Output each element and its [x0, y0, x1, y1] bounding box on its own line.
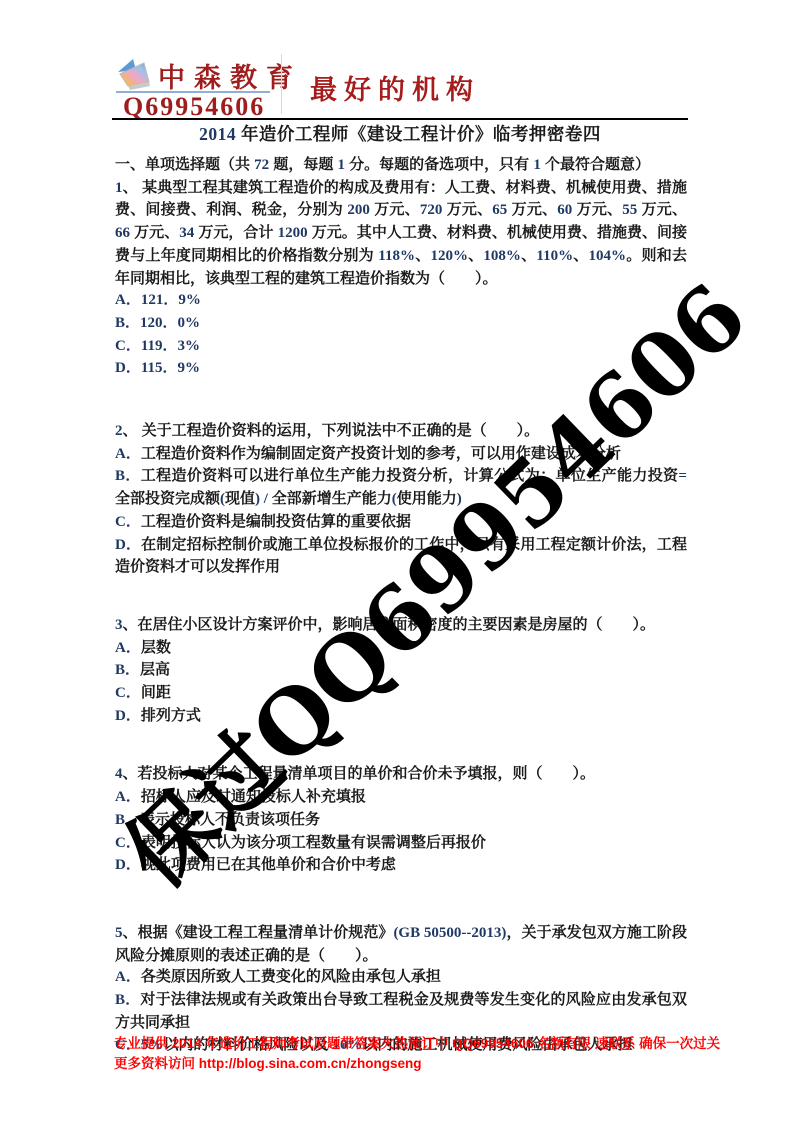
text-run: D．: [115, 857, 141, 873]
text-run: 万元、: [507, 201, 557, 218]
document-title: 2014 年造价工程师《建设工程计价》临考押密卷四: [0, 121, 800, 146]
text-run: 4: [115, 766, 123, 782]
text-run: 招标人应及时通知投标人补充填报: [141, 788, 366, 805]
question-2-option-a: A．工程造价资料作为编制固定资产投资计划的参考，可以用作建设成本分析: [115, 443, 687, 466]
question-2-stem: 2、 关于工程造价资料的运用，下列说法中不正确的是（ ）。: [115, 420, 687, 443]
text-run: B．: [115, 468, 141, 484]
question-2-option-d: D．在制定招标控制价或施工单位投标报价的工作中，只有采用工程定额计价法，工程造价…: [115, 534, 687, 578]
question-4: 4、若投标人对某个工程量清单项目的单价和合价未予填报，则（ ）。 A．招标人应及…: [115, 763, 687, 877]
text-run: 在制定招标控制价或施工单位投标报价的工作中，只有采用工程定额计价法，工程造价资料…: [115, 536, 687, 576]
footer-line-2: 更多资料访问 http://blog.sina.com.cn/zhongseng: [114, 1054, 734, 1074]
text-run: 104%: [589, 248, 627, 264]
question-4-option-d: D．视此项费用已在其他单价和合价中考虑: [115, 854, 687, 877]
question-2: 2、 关于工程造价资料的运用，下列说法中不正确的是（ ）。 A．工程造价资料作为…: [115, 420, 687, 578]
brand-slogan: 最好的机构: [310, 68, 480, 107]
text-run: 使用能力: [397, 490, 457, 507]
text-run: D．115．9%: [115, 360, 200, 376]
text-run: A．: [115, 640, 141, 656]
text-run: 表示投标人不负责该项任务: [140, 811, 320, 828]
question-3-option-d: D．排列方式: [115, 705, 687, 728]
text-run: 、 关于工程造价资料的运用，下列说法中不正确的是（ ）。: [123, 422, 540, 439]
text-run: 万元、: [572, 201, 622, 218]
footer-ad: 专业提供 2014 年造价工程师考试原题带答案火热预订中 QQ69954606 …: [114, 1034, 734, 1074]
text-run: 表明投标人认为该分项工程数量有误需调整后再报价: [141, 834, 486, 851]
text-run: 分。每题的备选项中，只有: [345, 156, 533, 173]
text-run: 层数: [141, 639, 171, 656]
question-3-option-a: A．层数: [115, 637, 687, 660]
text-run: 、: [415, 247, 430, 264]
text-run: 、: [468, 247, 483, 264]
text-run: 2014: [199, 124, 241, 144]
text-run: B．: [115, 812, 140, 828]
question-1-option-a: A．121．9%: [115, 289, 687, 312]
text-run: 工程造价资料是编制投资估算的重要依据: [141, 513, 411, 530]
text-run: A．121．9%: [115, 292, 201, 308]
text-run: 视此项费用已在其他单价和合价中考虑: [141, 856, 396, 873]
question-5-stem: 5、根据《建设工程工程量清单计价规范》(GB 50500--2013)，关于承发…: [115, 922, 687, 966]
text-run: (GB 50500--2013): [393, 925, 506, 941]
text-run: 全部新增生产能力: [272, 490, 392, 507]
text-run: 题，每题: [269, 156, 337, 173]
text-run: 排列方式: [141, 707, 201, 724]
text-run: 720: [420, 202, 443, 218]
text-run: C．: [115, 685, 141, 701]
question-3-option-c: C．间距: [115, 682, 687, 705]
question-1-option-b: B．120．0%: [115, 312, 687, 335]
text-run: 1: [533, 157, 541, 173]
text-run: 专业提供 2014 年造价工程师考试原题带答案火热预订中 QQ69954606 …: [114, 1036, 720, 1051]
text-run: 、根据《建设工程工程量清单计价规范》: [123, 924, 394, 941]
text-run: 工程造价资料作为编制固定资产投资计划的参考，可以用作建设成本分析: [141, 445, 621, 462]
text-run: A．: [115, 789, 141, 805]
text-run: 全部投资完成额: [115, 490, 220, 507]
text-run: 、: [573, 247, 588, 264]
question-4-option-a: A．招标人应及时通知投标人补充填报: [115, 786, 687, 809]
question-4-option-c: C．表明投标人认为该分项工程数量有误需调整后再报价: [115, 832, 687, 855]
text-run: D．: [115, 708, 141, 724]
question-3: 3、在居住小区设计方案评价中，影响居住面积密度的主要因素是房屋的（ ）。 A．层…: [115, 614, 687, 728]
text-run: 1: [115, 180, 123, 196]
text-run: 3: [115, 617, 123, 633]
title-rule: [112, 118, 688, 120]
text-run: 72: [254, 157, 269, 173]
zhongsen-logo-icon: [116, 56, 158, 94]
question-1-option-c: C．119．3%: [115, 335, 687, 358]
text-run: 200: [347, 202, 370, 218]
question-3-stem: 3、在居住小区设计方案评价中，影响居住面积密度的主要因素是房屋的（ ）。: [115, 614, 687, 637]
text-run: C．119．3%: [115, 338, 200, 354]
question-4-option-b: B．表示投标人不负责该项任务: [115, 809, 687, 832]
text-run: B．: [115, 662, 140, 678]
question-4-stem: 4、若投标人对某个工程量清单项目的单价和合价未予填报，则（ ）。: [115, 763, 687, 786]
text-run: 各类原因所致人工费变化的风险由承包人承担: [141, 968, 441, 985]
text-run: 66: [115, 225, 130, 241]
question-3-option-b: B．层高: [115, 659, 687, 682]
question-1: 1、 某典型工程其建筑工程造价的构成及费用有：人工费、材料费、机械使用费、措施费…: [115, 177, 687, 380]
text-run: 55: [622, 202, 637, 218]
text-run: 120%: [430, 248, 468, 264]
text-run: 、若投标人对某个工程量清单项目的单价和合价未予填报，则（ ）。: [123, 765, 596, 782]
text-run: 、: [521, 247, 536, 264]
footer-line-1: 专业提供 2014 年造价工程师考试原题带答案火热预订中 QQ69954606 …: [114, 1034, 734, 1054]
text-run: ): [457, 491, 462, 507]
question-5-option-a: A．各类原因所致人工费变化的风险由承包人承担: [115, 966, 687, 989]
text-run: 65: [492, 202, 507, 218]
exam-body: 一、单项选择题（共 72 题，每题 1 分。每题的备选项中，只有 1 个最符合题…: [115, 154, 687, 1056]
text-run: 1200: [278, 225, 308, 241]
question-1-option-d: D．115．9%: [115, 357, 687, 380]
text-run: 110%: [536, 248, 573, 264]
text-run: 万元，合计: [194, 224, 277, 241]
text-run: 2: [115, 423, 123, 439]
text-run: =: [678, 468, 687, 484]
text-run: 108%: [483, 248, 521, 264]
question-2-option-c: C．工程造价资料是编制投资估算的重要依据: [115, 511, 687, 534]
text-run: 5: [115, 925, 123, 941]
logo-divider: [281, 54, 282, 114]
question-5-option-b: B．对于法律法规或有关政策出台导致工程税金及规费等发生变化的风险应由发承包双方共…: [115, 989, 687, 1033]
text-run: 118%: [378, 248, 415, 264]
text-run: 万元、: [130, 224, 179, 241]
text-run: 层高: [140, 661, 170, 678]
section-heading: 一、单项选择题（共 72 题，每题 1 分。每题的备选项中，只有 1 个最符合题…: [115, 154, 687, 177]
text-run: 、在居住小区设计方案评价中，影响居住面积密度的主要因素是房屋的（ ）。: [123, 616, 656, 633]
text-run: 34: [179, 225, 194, 241]
document-page: 中森教育 Q69954606 最好的机构 2014 年造价工程师《建设工程计价》…: [0, 0, 800, 1131]
text-run: 60: [557, 202, 572, 218]
text-run: A．: [115, 969, 141, 985]
text-run: 万元、: [370, 201, 420, 218]
text-run: 一、单项选择题（共: [115, 156, 254, 173]
text-run: 个最符合题意）: [541, 156, 650, 173]
text-run: 间距: [141, 684, 171, 701]
text-run: 现值: [225, 490, 255, 507]
text-run: A．: [115, 446, 141, 462]
text-run: 万元、: [442, 201, 492, 218]
text-run: D．: [115, 537, 141, 553]
text-run: 年造价工程师《建设工程计价》临考押密卷四: [241, 124, 601, 144]
text-run: B．: [115, 992, 140, 1008]
text-run: 工程造价资料可以进行单位生产能力投资分析，计算公式为：单位生产能力投资: [141, 467, 679, 484]
text-run: ) /: [255, 491, 272, 507]
text-run: 1: [338, 157, 346, 173]
text-run: 对于法律法规或有关政策出台导致工程税金及规费等发生变化的风险应由发承包双方共同承…: [115, 991, 687, 1031]
text-run: C．: [115, 835, 141, 851]
question-2-option-b: B．工程造价资料可以进行单位生产能力投资分析，计算公式为：单位生产能力投资=全部…: [115, 465, 687, 510]
text-run: B．120．0%: [115, 315, 200, 331]
question-1-stem: 1、 某典型工程其建筑工程造价的构成及费用有：人工费、材料费、机械使用费、措施费…: [115, 177, 687, 290]
text-run: 更多资料访问 http://blog.sina.com.cn/zhongseng: [114, 1056, 422, 1071]
text-run: C．: [115, 514, 141, 530]
text-run: 万元、: [637, 201, 687, 218]
